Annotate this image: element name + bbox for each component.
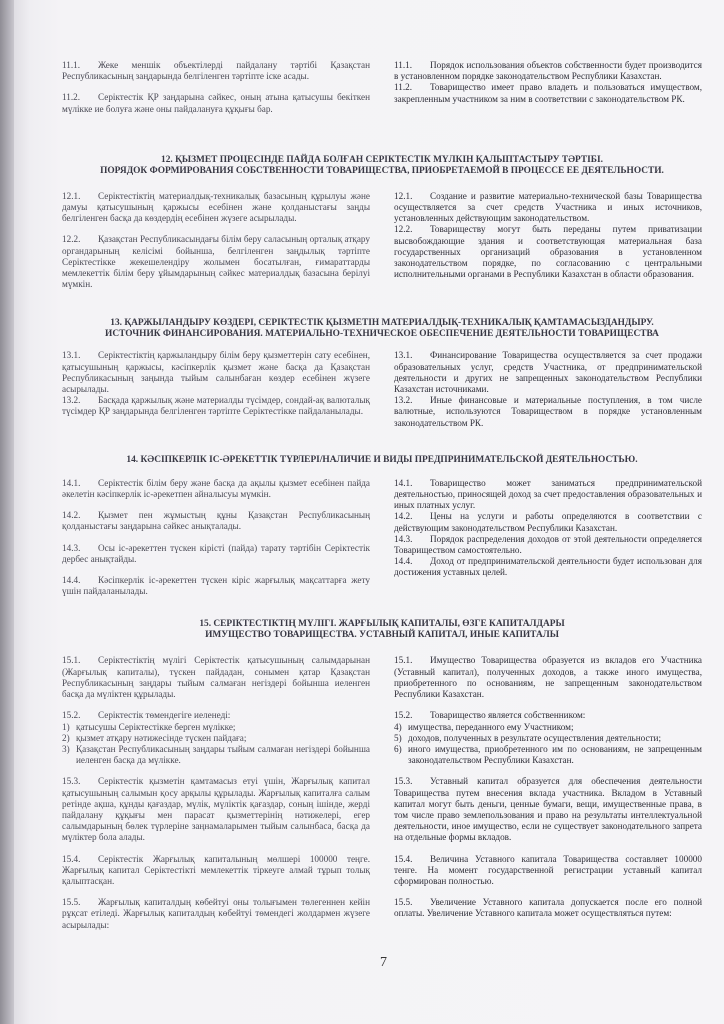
section-13: 13. ҚАРЖЫЛАНДЫРУ КӨЗДЕРІ, СЕРІКТЕСТІК ҚЫ… [62, 318, 702, 454]
clause-number: 11.1. [62, 60, 98, 71]
clause-text: Серіктестіктің материалдық-техникалық ба… [62, 191, 370, 223]
clause-text: Финансирование Товарищества осуществляет… [394, 350, 702, 394]
clause-15-3: 15.3.Серіктестік қызметін қамтамасыз ету… [62, 776, 370, 843]
clause-text: Цены на услуги и работы определяются в с… [394, 511, 702, 532]
section-heading-ru: ИМУЩЕСТВО ТОВАРИЩЕСТВА. УСТАВНЫЙ КАПИТАЛ… [62, 630, 702, 641]
clause-number: 12.2. [394, 224, 430, 235]
clause-text: Басқада қаржылық және материалды түсімде… [62, 395, 370, 416]
clause-number: 13.1. [394, 350, 430, 361]
clause-15-2: 15.2.Серіктестік төмендегіге иеленеді: [62, 710, 370, 721]
clause-text: Серіктестік төмендегіге иеленеді: [98, 710, 230, 720]
clause-text: Серіктестік білім беру және басқа да ақы… [62, 478, 370, 499]
section-columns: 14.1.Серіктестік білім беру және басқа д… [62, 478, 702, 598]
clause-15-5: 15.5.Увеличение Уставного капитала допус… [394, 897, 702, 919]
clause-text: Порядок распределения доходов от этой де… [394, 534, 702, 555]
clause-15-4: 15.4.Серіктестік Жарғылық капиталының мө… [62, 854, 370, 888]
clause-number: 14.3. [394, 534, 430, 545]
clause-number: 11.2. [62, 92, 98, 103]
clause-number: 12.1. [62, 191, 98, 202]
clause-number: 14.2. [394, 511, 430, 522]
russian-column: 15.1.Имущество Товарищества образуется и… [394, 655, 702, 930]
clause-number: 15.1. [62, 655, 98, 666]
clause-13-2: 13.2.Иные финансовые и материальные пост… [394, 395, 702, 429]
russian-column: 11.1.Порядок использования объектов собс… [394, 60, 702, 115]
clause-12-1: 12.1.Создание и развитие материально-тех… [394, 191, 702, 225]
clause-number: 14.2. [62, 510, 98, 521]
list-item: 3)Қазақстан Республикасының заңдары тыйы… [62, 744, 370, 766]
list-item: 2)қызмет атқару нәтижесінде түскен пайда… [62, 733, 370, 744]
clause-number: 13.1. [62, 350, 98, 361]
section-heading-kz: 13. ҚАРЖЫЛАНДЫРУ КӨЗДЕРІ, СЕРІКТЕСТІК ҚЫ… [62, 318, 702, 329]
section-12: 12. ҚЫЗМЕТ ПРОЦЕСІНДЕ ПАЙДА БОЛҒАН СЕРІК… [62, 155, 702, 319]
clause-text: Товарищество имеет право владеть и польз… [394, 82, 702, 103]
clause-number: 15.5. [394, 897, 430, 908]
clause-15-5: 15.5.Жарғылық капиталдың көбейтуі оны то… [62, 897, 370, 931]
clause-number: 15.5. [62, 897, 98, 908]
kazakh-column: 12.1.Серіктестіктің материалдық-техникал… [62, 191, 370, 291]
clause-12-2: 12.2.Товариществу могут быть переданы пу… [394, 224, 702, 280]
section-heading-ru: ИСТОЧНИК ФИНАНСИРОВАНИЯ. МАТЕРИАЛЬНО-ТЕХ… [62, 329, 702, 340]
clause-text: Жеке меншік объектілерді пайдалану тәрті… [62, 60, 370, 81]
clause-15-4: 15.4.Величина Уставного капитала Товарищ… [394, 854, 702, 888]
clause-11-1: 11.1.Жеке меншік объектілерді пайдалану … [62, 60, 370, 82]
section-15: 15. СЕРІКТЕСТІКТІҢ МҮЛІГІ. ЖАРҒЫЛЫҚ КАПИ… [62, 619, 702, 930]
clause-12-1: 12.1.Серіктестіктің материалдық-техникал… [62, 191, 370, 225]
kazakh-column: 14.1.Серіктестік білім беру және басқа д… [62, 478, 370, 598]
clause-number: 11.1. [394, 60, 430, 71]
list-item: 6)иного имущества, приобретенного им по … [394, 744, 702, 766]
clause-number: 13.2. [62, 395, 98, 406]
clause-number: 15.3. [394, 776, 430, 787]
clause-text: Серіктестік қызметін қамтамасыз етуі үші… [62, 776, 370, 842]
section-heading-ru: ПОРЯДОК ФОРМИРОВАНИЯ СОБСТВЕННОСТИ ТОВАР… [62, 166, 702, 177]
clause-number: 14.1. [394, 478, 430, 489]
clause-11-2: 11.2.Товарищество имеет право владеть и … [394, 82, 702, 104]
clause-number: 15.1. [394, 655, 430, 666]
list-item-text: Қазақстан Республикасының заңдары тыйым … [76, 744, 370, 766]
clause-number: 13.2. [394, 395, 430, 406]
clause-text: Увеличение Уставного капитала допускаетс… [394, 897, 702, 918]
list-item-text: иного имущества, приобретенного им по ос… [408, 744, 702, 766]
clause-14-3: 14.3.Порядок распределения доходов от эт… [394, 534, 702, 556]
clause-number: 15.3. [62, 776, 98, 787]
list-item-text: имущества, переданного ему Участником; [408, 722, 574, 733]
clause-text: Серіктестік ҚР заңдарына сәйкес, оның ат… [62, 92, 370, 113]
clause-text: Серіктестіктің мүлігі Серіктестік қатысу… [62, 655, 370, 699]
clause-14-1: 14.1.Серіктестік білім беру және басқа д… [62, 478, 370, 500]
clause-number: 14.3. [62, 543, 98, 554]
kazakh-column: 11.1.Жеке меншік объектілерді пайдалану … [62, 60, 370, 115]
clause-15-1: 15.1.Имущество Товарищества образуется и… [394, 655, 702, 700]
clause-text: Серіктестіктің қаржыландыру білім беру қ… [62, 350, 370, 394]
clause-text: Товариществу могут быть переданы путем п… [394, 224, 702, 279]
section-heading-kz: 14. КӘСІПКЕРЛІК ІС-ӘРЕКЕТТІК ТҮРЛЕРІ/НАЛ… [62, 455, 702, 466]
list-item-number: 1) [62, 722, 76, 733]
clause-text: Товарищество является собственником: [430, 710, 585, 720]
clause-number: 15.2. [62, 710, 98, 721]
section-heading-kz: 15. СЕРІКТЕСТІКТІҢ МҮЛІГІ. ЖАРҒЫЛЫҚ КАПИ… [62, 619, 702, 630]
list-item-number: 5) [394, 733, 408, 744]
clause-text: Осы іс-әрекеттен түскен кірісті (пайда) … [62, 543, 370, 564]
clause-15-2: 15.2.Товарищество является собственником… [394, 710, 702, 721]
list-item: 5)доходов, полученных в результате осуще… [394, 733, 702, 744]
russian-column: 12.1.Создание и развитие материально-тех… [394, 191, 702, 291]
document-body: 11.1.Жеке меншік объектілерді пайдалану … [62, 60, 702, 931]
clause-15-3: 15.3.Уставный капитал образуется для обе… [394, 776, 702, 843]
clause-11-2: 11.2.Серіктестік ҚР заңдарына сәйкес, он… [62, 92, 370, 114]
clause-text: Имущество Товарищества образуется из вкл… [394, 655, 702, 699]
clause-number: 14.4. [62, 575, 98, 586]
clause-13-1: 13.1.Финансирование Товарищества осущест… [394, 350, 702, 395]
clause-text: Порядок использования объектов собственн… [394, 60, 702, 81]
clause-number: 15.4. [62, 854, 98, 865]
section-columns: 11.1.Жеке меншік объектілерді пайдалану … [62, 60, 702, 115]
section-14: 14. КӘСІПКЕРЛІК ІС-ӘРЕКЕТТІК ТҮРЛЕРІ/НАЛ… [62, 455, 702, 620]
clause-11-1: 11.1.Порядок использования объектов собс… [394, 60, 702, 82]
clause-text: Серіктестік Жарғылық капиталының мөлшері… [62, 854, 370, 886]
clause-text: Иные финансовые и материальные поступлен… [394, 395, 702, 427]
clause-14-4: 14.4.Доход от предпринимательской деятел… [394, 556, 702, 578]
section-columns: 15.1.Серіктестіктің мүлігі Серіктестік қ… [62, 655, 702, 930]
clause-14-3: 14.3.Осы іс-әрекеттен түскен кірісті (па… [62, 543, 370, 565]
list-item-text: доходов, полученных в результате осущест… [408, 733, 661, 744]
clause-number: 15.2. [394, 710, 430, 721]
section-11: 11.1.Жеке меншік объектілерді пайдалану … [62, 60, 702, 155]
section-heading-kz: 12. ҚЫЗМЕТ ПРОЦЕСІНДЕ ПАЙДА БОЛҒАН СЕРІК… [62, 155, 702, 166]
list-item-number: 3) [62, 744, 76, 766]
clause-13-1: 13.1.Серіктестіктің қаржыландыру білім б… [62, 350, 370, 395]
clause-12-2: 12.2.Қазақстан Республикасындағы білім б… [62, 234, 370, 290]
list-item-text: қатысушы Серіктестікке берген мүлікке; [76, 722, 235, 733]
clause-15-1: 15.1.Серіктестіктің мүлігі Серіктестік қ… [62, 655, 370, 700]
list-item: 4)имущества, переданного ему Участником; [394, 722, 702, 733]
clause-14-2: 14.2.Қызмет пен жұмыстың құны Қазақстан … [62, 510, 370, 532]
clause-13-2: 13.2.Басқада қаржылық және материалды тү… [62, 395, 370, 417]
page-number: 7 [380, 955, 387, 971]
kazakh-column: 15.1.Серіктестіктің мүлігі Серіктестік қ… [62, 655, 370, 930]
clause-number: 12.2. [62, 234, 98, 245]
list-item-number: 2) [62, 733, 76, 744]
clause-number: 14.1. [62, 478, 98, 489]
section-columns: 13.1.Серіктестіктің қаржыландыру білім б… [62, 350, 702, 428]
clause-number: 15.4. [394, 854, 430, 865]
clause-14-2: 14.2.Цены на услуги и работы определяютс… [394, 511, 702, 533]
clause-text: Товарищество может заниматься предприним… [394, 478, 702, 510]
clause-text: Уставный капитал образуется для обеспече… [394, 776, 702, 842]
clause-number: 14.4. [394, 556, 430, 567]
list-item: 1)қатысушы Серіктестікке берген мүлікке; [62, 722, 370, 733]
scanned-page: 11.1.Жеке меншік объектілерді пайдалану … [0, 0, 724, 1024]
clause-text: Кәсіпкерлік іс-әрекеттен түскен кіріс жа… [62, 575, 370, 596]
clause-text: Создание и развитие материально-техничес… [394, 191, 702, 223]
list-item-number: 4) [394, 722, 408, 733]
clause-number: 11.2. [394, 82, 430, 93]
clause-text: Қазақстан Республикасындағы білім беру с… [62, 234, 370, 289]
clause-number: 12.1. [394, 191, 430, 202]
list-item-number: 6) [394, 744, 408, 766]
russian-column: 13.1.Финансирование Товарищества осущест… [394, 350, 702, 428]
clause-text: Доход от предпринимательской деятельност… [394, 556, 702, 577]
page-binding-edge [0, 0, 14, 1024]
kazakh-column: 13.1.Серіктестіктің қаржыландыру білім б… [62, 350, 370, 428]
russian-column: 14.1.Товарищество может заниматься предп… [394, 478, 702, 598]
clause-14-4: 14.4.Кәсіпкерлік іс-әрекеттен түскен кір… [62, 575, 370, 597]
clause-text: Величина Уставного капитала Товарищества… [394, 854, 702, 886]
section-columns: 12.1.Серіктестіктің материалдық-техникал… [62, 191, 702, 291]
clause-14-1: 14.1.Товарищество может заниматься предп… [394, 478, 702, 512]
clause-text: Қызмет пен жұмыстың құны Қазақстан Респу… [62, 510, 370, 531]
clause-text: Жарғылық капиталдың көбейтуі оны толығым… [62, 897, 370, 929]
list-item-text: қызмет атқару нәтижесінде түскен пайдаға… [76, 733, 246, 744]
